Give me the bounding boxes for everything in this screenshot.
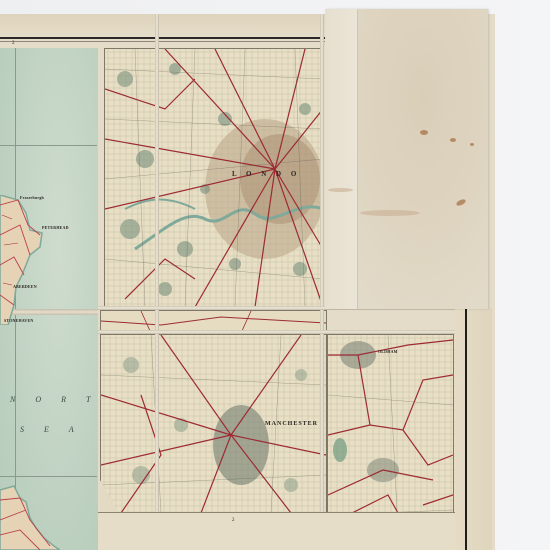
stain bbox=[470, 143, 474, 146]
right-border-rule bbox=[465, 308, 467, 550]
cover-spine bbox=[325, 9, 358, 309]
label-stonehaven: STONEHAVEN bbox=[4, 318, 33, 323]
vertical-fold bbox=[155, 14, 159, 550]
label-fraserburgh: Fraserburgh bbox=[20, 195, 44, 200]
top-border-rule bbox=[0, 37, 325, 39]
label-aberdeen: ABERDEEN bbox=[13, 284, 37, 289]
england-coast bbox=[0, 480, 60, 550]
grid-mark-top: 2 bbox=[12, 41, 16, 46]
right-margin bbox=[455, 308, 492, 550]
label-oldham: OLDHAM bbox=[378, 349, 398, 354]
latitude-line bbox=[0, 476, 97, 477]
top-border-rule-thin bbox=[0, 41, 325, 42]
grid-mark-bottom: 2 bbox=[232, 518, 236, 523]
latitude-line bbox=[0, 145, 97, 146]
map-panel-oldham bbox=[327, 334, 454, 532]
bottom-margin bbox=[98, 512, 458, 550]
horizontal-fold bbox=[98, 330, 458, 334]
stain-streak bbox=[328, 188, 353, 192]
stain bbox=[420, 130, 428, 135]
stain-streak bbox=[360, 210, 420, 216]
label-sea: S E A bbox=[20, 425, 83, 434]
label-manchester: MANCHESTER bbox=[265, 421, 318, 427]
label-peterhead: PETERHEAD bbox=[42, 225, 69, 230]
vertical-fold bbox=[320, 14, 324, 550]
map-panel-london bbox=[104, 48, 324, 308]
stain bbox=[450, 138, 456, 142]
scotland-coast bbox=[0, 195, 60, 325]
label-london: L O N D O bbox=[232, 170, 300, 178]
